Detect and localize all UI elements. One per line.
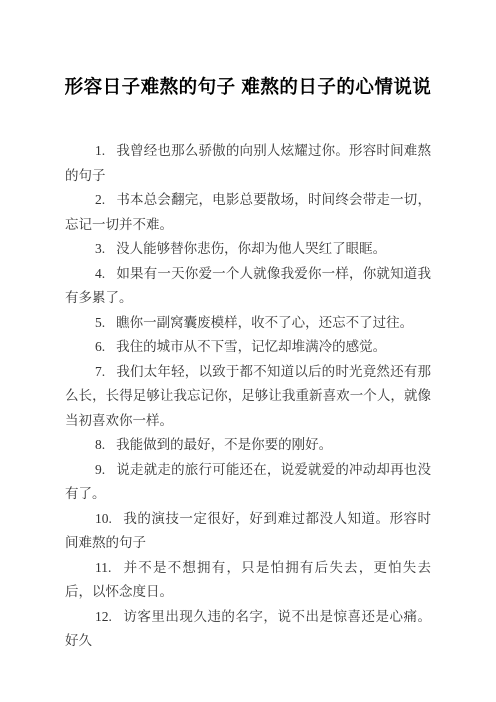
list-item-number: 2.	[95, 192, 105, 207]
document-title: 形容日子难熬的句子 难熬的日子的心情说说	[38, 73, 458, 100]
list-item-number: 1.	[95, 143, 105, 158]
list-item: 12.访客里出现久违的名字，说不出是惊喜还是心痛。好久	[65, 605, 431, 654]
list-item-number: 12.	[95, 609, 112, 624]
document-page: 形容日子难熬的句子 难熬的日子的心情说说 1.我曾经也那么骄傲的向别人炫耀过你。…	[0, 0, 496, 702]
list-item-text: 我们太年轻，以致于都不知道以后的时光竟然还有那么长，长得足够让我忘记你，足够让我…	[65, 364, 431, 428]
list-item-text: 访客里出现久违的名字，说不出是惊喜还是心痛。好久	[65, 609, 431, 649]
list-item-text: 我住的城市从不下雪，记忆却堆满冷的感觉。	[116, 339, 386, 354]
list-item-number: 8.	[95, 437, 105, 452]
list-item: 11.并不是不想拥有，只是怕拥有后失去，更怕失去后，以怀念度日。	[65, 556, 431, 605]
list-item: 4.如果有一天你爱一个人就像我爱你一样，你就知道我有多累了。	[65, 262, 431, 311]
list-item: 3.没人能够替你悲伤，你却为他人哭红了眼眶。	[65, 237, 431, 262]
list-item: 10.我的演技一定很好，好到难过都没人知道。形容时间难熬的句子	[65, 507, 431, 556]
list-item: 9.说走就走的旅行可能还在，说爱就爱的冲动却再也没有了。	[65, 458, 431, 507]
list-item-text: 并不是不想拥有，只是怕拥有后失去，更怕失去后，以怀念度日。	[65, 560, 431, 600]
list-item: 2.书本总会翻完，电影总要散场，时间终会带走一切，忘记一切并不难。	[65, 188, 431, 237]
list-item: 5.瞧你一副窝囊废模样，收不了心，还忘不了过往。	[65, 311, 431, 336]
list-item: 1.我曾经也那么骄傲的向别人炫耀过你。形容时间难熬的句子	[65, 139, 431, 188]
list-item-text: 说走就走的旅行可能还在，说爱就爱的冲动却再也没有了。	[65, 462, 431, 502]
document-body: 1.我曾经也那么骄傲的向别人炫耀过你。形容时间难熬的句子 2.书本总会翻完，电影…	[65, 139, 431, 654]
list-item-number: 11.	[95, 560, 111, 575]
list-item-text: 如果有一天你爱一个人就像我爱你一样，你就知道我有多累了。	[65, 266, 431, 306]
list-item-text: 没人能够替你悲伤，你却为他人哭红了眼眶。	[116, 241, 386, 256]
list-item-number: 5.	[95, 315, 105, 330]
list-item-text: 我的演技一定很好，好到难过都没人知道。形容时间难熬的句子	[65, 511, 431, 551]
list-item-number: 6.	[95, 339, 105, 354]
list-item-number: 4.	[95, 266, 105, 281]
list-item-number: 7.	[95, 364, 105, 379]
list-item-number: 3.	[95, 241, 105, 256]
list-item-number: 10.	[95, 511, 112, 526]
list-item-text: 我能做到的最好，不是你要的刚好。	[116, 437, 332, 452]
list-item-text: 我曾经也那么骄傲的向别人炫耀过你。形容时间难熬的句子	[65, 143, 431, 183]
list-item-text: 瞧你一副窝囊废模样，收不了心，还忘不了过往。	[116, 315, 413, 330]
list-item-text: 书本总会翻完，电影总要散场，时间终会带走一切，忘记一切并不难。	[65, 192, 431, 232]
list-item: 7.我们太年轻，以致于都不知道以后的时光竟然还有那么长，长得足够让我忘记你，足够…	[65, 360, 431, 434]
list-item-number: 9.	[95, 462, 105, 477]
list-item: 8.我能做到的最好，不是你要的刚好。	[65, 433, 431, 458]
list-item: 6.我住的城市从不下雪，记忆却堆满冷的感觉。	[65, 335, 431, 360]
